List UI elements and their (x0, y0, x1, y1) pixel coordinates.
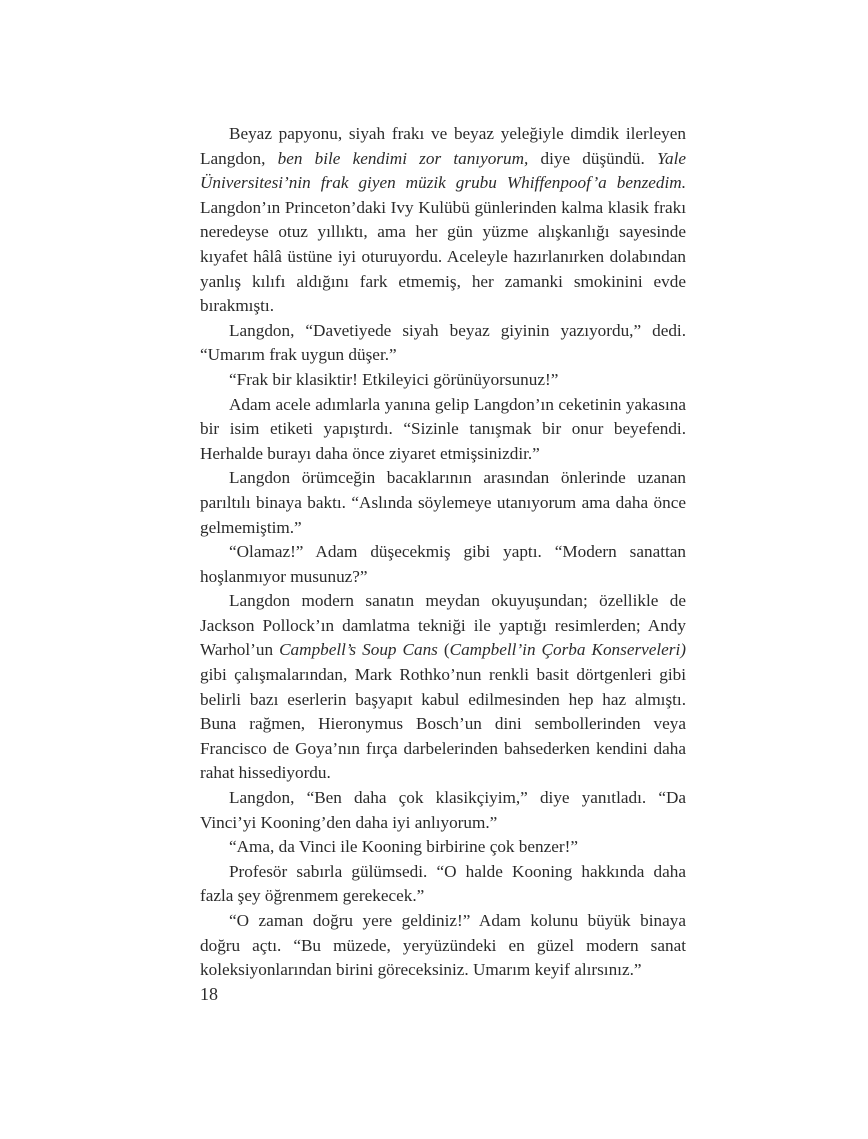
italic-text: Campbell’in Çorba Konserveleri) (450, 640, 686, 659)
text: Langdon örümceğin bacaklarının arasından… (200, 468, 686, 536)
page-number: 18 (200, 984, 218, 1005)
paragraph: Langdon, “Ben daha çok klasikçiyim,” diy… (200, 786, 686, 835)
paragraph: Langdon modern sanatın meydan okuyuşunda… (200, 589, 686, 786)
text: “O zaman doğru yere geldiniz!” Adam kolu… (200, 911, 686, 979)
italic-text: Campbell’s Soup Cans (279, 640, 438, 659)
text: “Olamaz!” Adam düşecekmiş gibi yaptı. “M… (200, 542, 686, 586)
text: “Frak bir klasiktir! Etkileyici görünüyo… (229, 370, 558, 389)
text: Langdon’ın Princeton’daki Ivy Kulübü gün… (200, 198, 686, 315)
paragraph: “Ama, da Vinci ile Kooning birbirine çok… (200, 835, 686, 860)
paragraph: Adam acele adımlarla yanına gelip Langdo… (200, 393, 686, 467)
italic-text: ben bile kendimi zor tanıyorum, (278, 149, 529, 168)
page-body: Beyaz papyonu, siyah frakı ve beyaz yele… (200, 122, 686, 983)
text: Langdon, “Ben daha çok klasikçiyim,” diy… (200, 788, 686, 832)
text: Profesör sabırla gülümsedi. “O halde Koo… (200, 862, 686, 906)
paragraph: “O zaman doğru yere geldiniz!” Adam kolu… (200, 909, 686, 983)
text: “Ama, da Vinci ile Kooning birbirine çok… (229, 837, 578, 856)
paragraph: Langdon örümceğin bacaklarının arasından… (200, 466, 686, 540)
text: ( (438, 640, 450, 659)
text: diye düşündü. (528, 149, 657, 168)
text: Langdon, “Davetiyede siyah beyaz giyinin… (200, 321, 686, 365)
paragraph: “Olamaz!” Adam düşecekmiş gibi yaptı. “M… (200, 540, 686, 589)
text: Adam acele adımlarla yanına gelip Langdo… (200, 395, 686, 463)
text: gibi çalışmalarından, Mark Rothko’nun re… (200, 665, 686, 782)
paragraph: Profesör sabırla gülümsedi. “O halde Koo… (200, 860, 686, 909)
paragraph: Langdon, “Davetiyede siyah beyaz giyinin… (200, 319, 686, 368)
paragraph: “Frak bir klasiktir! Etkileyici görünüyo… (200, 368, 686, 393)
paragraph: Beyaz papyonu, siyah frakı ve beyaz yele… (200, 122, 686, 319)
